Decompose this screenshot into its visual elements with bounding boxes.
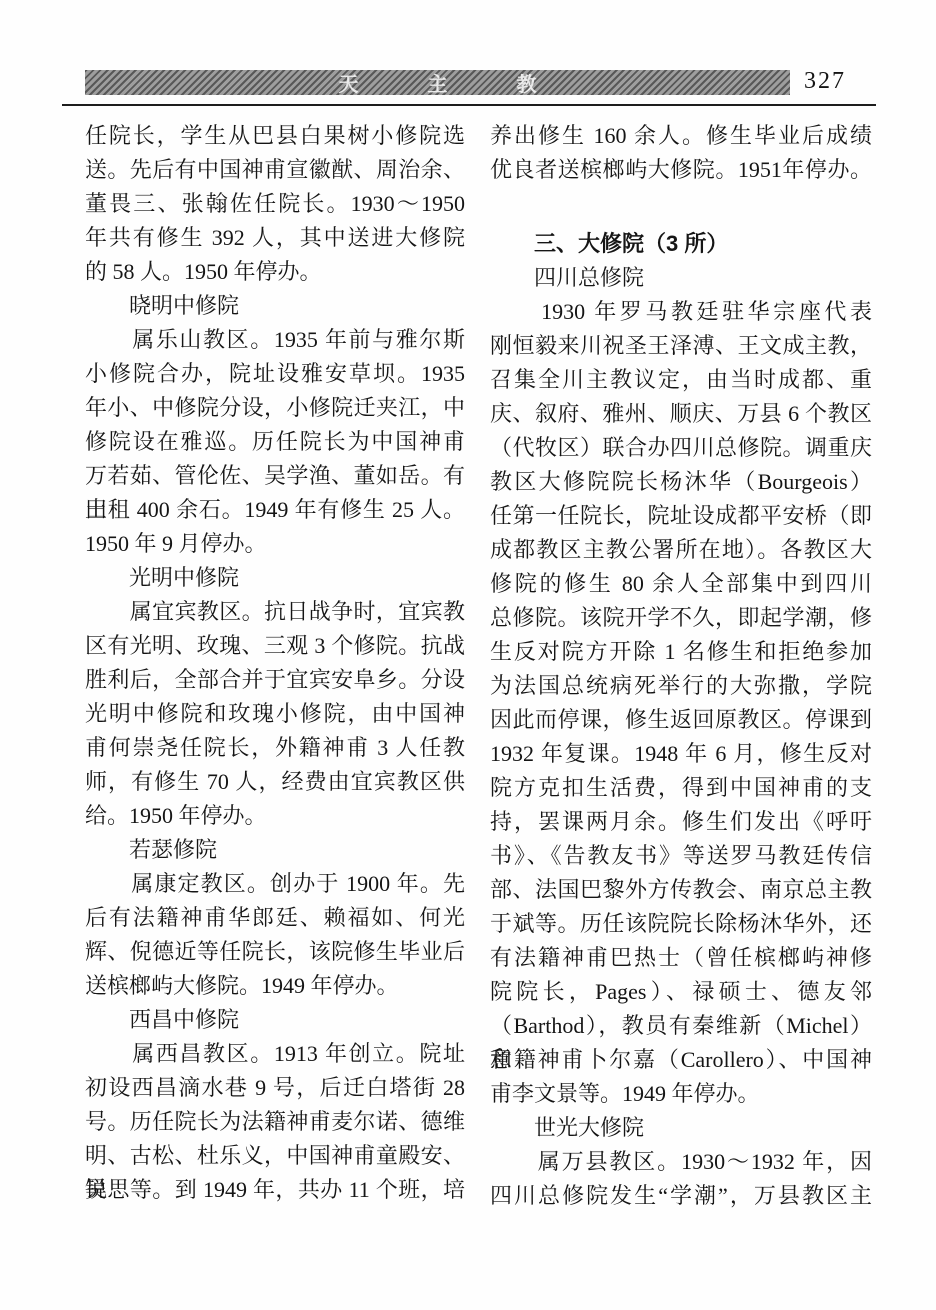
text-line: 庆、叙府、雅州、顺庆、万县 6 个教区 — [490, 397, 872, 431]
text-line: 养出修生 160 余人。修生毕业后成绩 — [490, 119, 872, 153]
text-line: 为法国总统病死举行的大弥撒，学院 — [490, 669, 872, 703]
scanned-book-page: 天 主 教 327 任院长，学生从巴县白果树小修院选送。先后有中国神甫宣徽猷、周… — [0, 0, 936, 1310]
text-line: 董畏三、张翰佐任院长。1930～1950 — [85, 187, 465, 221]
text-line: 的 58 人。1950 年停办。 — [85, 255, 465, 289]
left-column: 任院长，学生从巴县白果树小修院选送。先后有中国神甫宣徽猷、周治余、董畏三、张翰佐… — [85, 119, 465, 1207]
text-line: 总修院。该院开学不久，即起学潮，修 — [490, 601, 872, 635]
text-line: 后有法籍神甫华郎廷、赖福如、何光 — [85, 901, 465, 935]
text-line: 因此而停课，修生返回原教区。停课到 — [490, 703, 872, 737]
text-line: 给。1950 年停办。 — [85, 799, 465, 833]
text-line: 甫李文景等。1949 年停办。 — [490, 1077, 872, 1111]
running-header-title: 天 主 教 — [307, 68, 569, 97]
text-line: 教区大修院院长杨沐华（Bourgeois） — [490, 465, 872, 499]
section-heading: 世光大修院 — [490, 1111, 872, 1145]
section-heading: 晓明中修院 — [85, 289, 465, 323]
text-line: 生反对院方开除 1 名修生和拒绝参加 — [490, 635, 872, 669]
text-line: 初设西昌滴水巷 9 号，后迁白塔街 28 — [85, 1071, 465, 1105]
text-line: 送。先后有中国神甫宣徽猷、周治余、 — [85, 153, 465, 187]
text-line: 成都教区主教公署所在地）。各教区大 — [490, 533, 872, 567]
text-line: 部、法国巴黎外方传教会、南京总主教 — [490, 873, 872, 907]
text-line: 胜利后，全部合并于宜宾安阜乡。分设 — [85, 663, 465, 697]
right-column: 养出修生 160 余人。修生毕业后成绩优良者送槟榔屿大修院。1951年停办。 三… — [490, 119, 872, 1213]
text-line: 万若茹、管伦佐、吴学渔、董如岳。有田 — [85, 459, 465, 493]
text-line: 年小、中修院分设，小修院迁夹江，中 — [85, 391, 465, 425]
text-line: 明、古松、杜乐义，中国神甫童殿安、吴 — [85, 1139, 465, 1173]
text-line: 四川总修院发生“学潮”，万县教区主 — [490, 1179, 872, 1213]
text-line: 任院长，学生从巴县白果树小修院选 — [85, 119, 465, 153]
text-line: 院院长，Pages）、禄硕士、德友邻 — [490, 975, 872, 1009]
text-line: 意籍神甫卜尔嘉（Carollero）、中国神 — [490, 1043, 872, 1077]
section-heading: 西昌中修院 — [85, 1003, 465, 1037]
text-line: （代牧区）联合办四川总修院。调重庆 — [490, 431, 872, 465]
text-line: 属康定教区。创办于 1900 年。先 — [85, 867, 465, 901]
running-header-bar: 天 主 教 — [85, 70, 790, 95]
text-line: 土租 400 余石。1949 年有修生 25 人。 — [85, 493, 465, 527]
section-heading: 光明中修院 — [85, 561, 465, 595]
text-line: 持，罢课两月余。修生们发出《呼吁 — [490, 805, 872, 839]
text-line: （Barthod），教员有秦维新（Michel）和 — [490, 1009, 872, 1043]
text-line: 区有光明、玫瑰、三观 3 个修院。抗战 — [85, 629, 465, 663]
header-divider-rule — [62, 104, 876, 106]
text-line: 院方克扣生活费，得到中国神甫的支 — [490, 771, 872, 805]
text-line: 优良者送槟榔屿大修院。1951年停办。 — [490, 153, 872, 187]
text-line: 1950 年 9 月停办。 — [85, 527, 465, 561]
text-line: 有法籍神甫巴热士（曾任槟榔屿神修 — [490, 941, 872, 975]
text-line: 年共有修生 392 人，其中送进大修院 — [85, 221, 465, 255]
text-line: 刚恒毅来川祝圣王泽溥、王文成主教， — [490, 329, 872, 363]
section-heading: 四川总修院 — [490, 261, 872, 295]
text-line: 光明中修院和玫瑰小修院，由中国神 — [85, 697, 465, 731]
text-line: 小修院合办，院址设雅安草坝。1935 — [85, 357, 465, 391]
text-line: 修院的修生 80 余人全部集中到四川 — [490, 567, 872, 601]
text-line: 任第一任院长，院址设成都平安桥（即 — [490, 499, 872, 533]
text-line: 号。历任院长为法籍神甫麦尔诺、德维 — [85, 1105, 465, 1139]
text-line: 于斌等。历任该院院长除杨沐华外，还 — [490, 907, 872, 941]
text-line: 召集全川主教议定，由当时成都、重 — [490, 363, 872, 397]
text-line: 属万县教区。1930～1932 年，因 — [490, 1145, 872, 1179]
text-line: 师，有修生 70 人，经费由宜宾教区供 — [85, 765, 465, 799]
page-number: 327 — [804, 68, 846, 95]
text-line: 锐思等。到 1949 年，共办 11 个班，培 — [85, 1173, 465, 1207]
text-line: 甫何崇尧任院长，外籍神甫 3 人任教 — [85, 731, 465, 765]
text-line: 1930 年罗马教廷驻华宗座代表 — [490, 295, 872, 329]
text-line: 1932 年复课。1948 年 6 月，修生反对 — [490, 737, 872, 771]
text-line: 送槟榔屿大修院。1949 年停办。 — [85, 969, 465, 1003]
text-line: 辉、倪德近等任院长，该院修生毕业后 — [85, 935, 465, 969]
text-line: 书》、《告教友书》等送罗马教廷传信 — [490, 839, 872, 873]
text-line: 属乐山教区。1935 年前与雅尔斯 — [85, 323, 465, 357]
text-line: 修院设在雅巡。历任院长为中国神甫 — [85, 425, 465, 459]
section-heading: 若瑟修院 — [85, 833, 465, 867]
section-title: 三、大修院（3 所） — [490, 227, 872, 261]
text-line: 属宜宾教区。抗日战争时，宜宾教 — [85, 595, 465, 629]
text-line: 属西昌教区。1913 年创立。院址 — [85, 1037, 465, 1071]
vertical-spacer — [490, 187, 872, 227]
